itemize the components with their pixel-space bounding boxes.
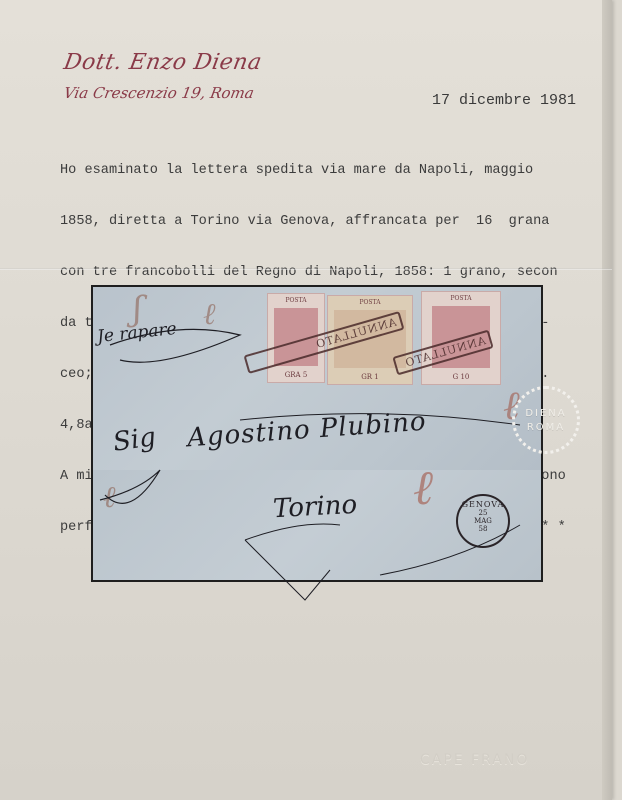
diena-embossed-seal: DIENA ROMA [512, 386, 580, 454]
sheet-edge [602, 0, 612, 800]
letterhead-address: Via Crescenzio 19, Roma [62, 84, 255, 102]
cover-photograph: ʃ ℓ ℓ ℓ POSTA GRA 5 POSTA GR 1 POSTA G 1… [91, 285, 543, 472]
embossed-watermark: CAPE FRANO [420, 752, 529, 768]
certificate-date: 17 dicembre 1981 [432, 92, 576, 109]
body-line: Ho esaminato la lettera spedita via mare… [60, 162, 570, 179]
handwriting-destination: Torino [272, 490, 358, 524]
handwriting-addressee: Agostino Plubino [186, 407, 427, 454]
genova-postmark: GENOVA 25 MAG 58 [456, 494, 510, 548]
certificate-sheet: Dott. Enzo Diena Via Crescenzio 19, Roma… [0, 0, 612, 800]
letterhead-name: Dott. Enzo Diena [62, 50, 264, 75]
handwriting-top-left: Je rapare [96, 319, 177, 347]
background-script: ℓ [103, 480, 116, 515]
fold-line [0, 268, 612, 270]
handwriting-addressee-prefix: Sig [111, 422, 158, 458]
background-script: ℓ [413, 470, 433, 516]
body-line: 1858, diretta a Torino via Genova, affra… [60, 213, 570, 230]
background-script: ℓ [203, 297, 216, 332]
body-line: con tre francobolli del Regno di Napoli,… [60, 264, 570, 281]
